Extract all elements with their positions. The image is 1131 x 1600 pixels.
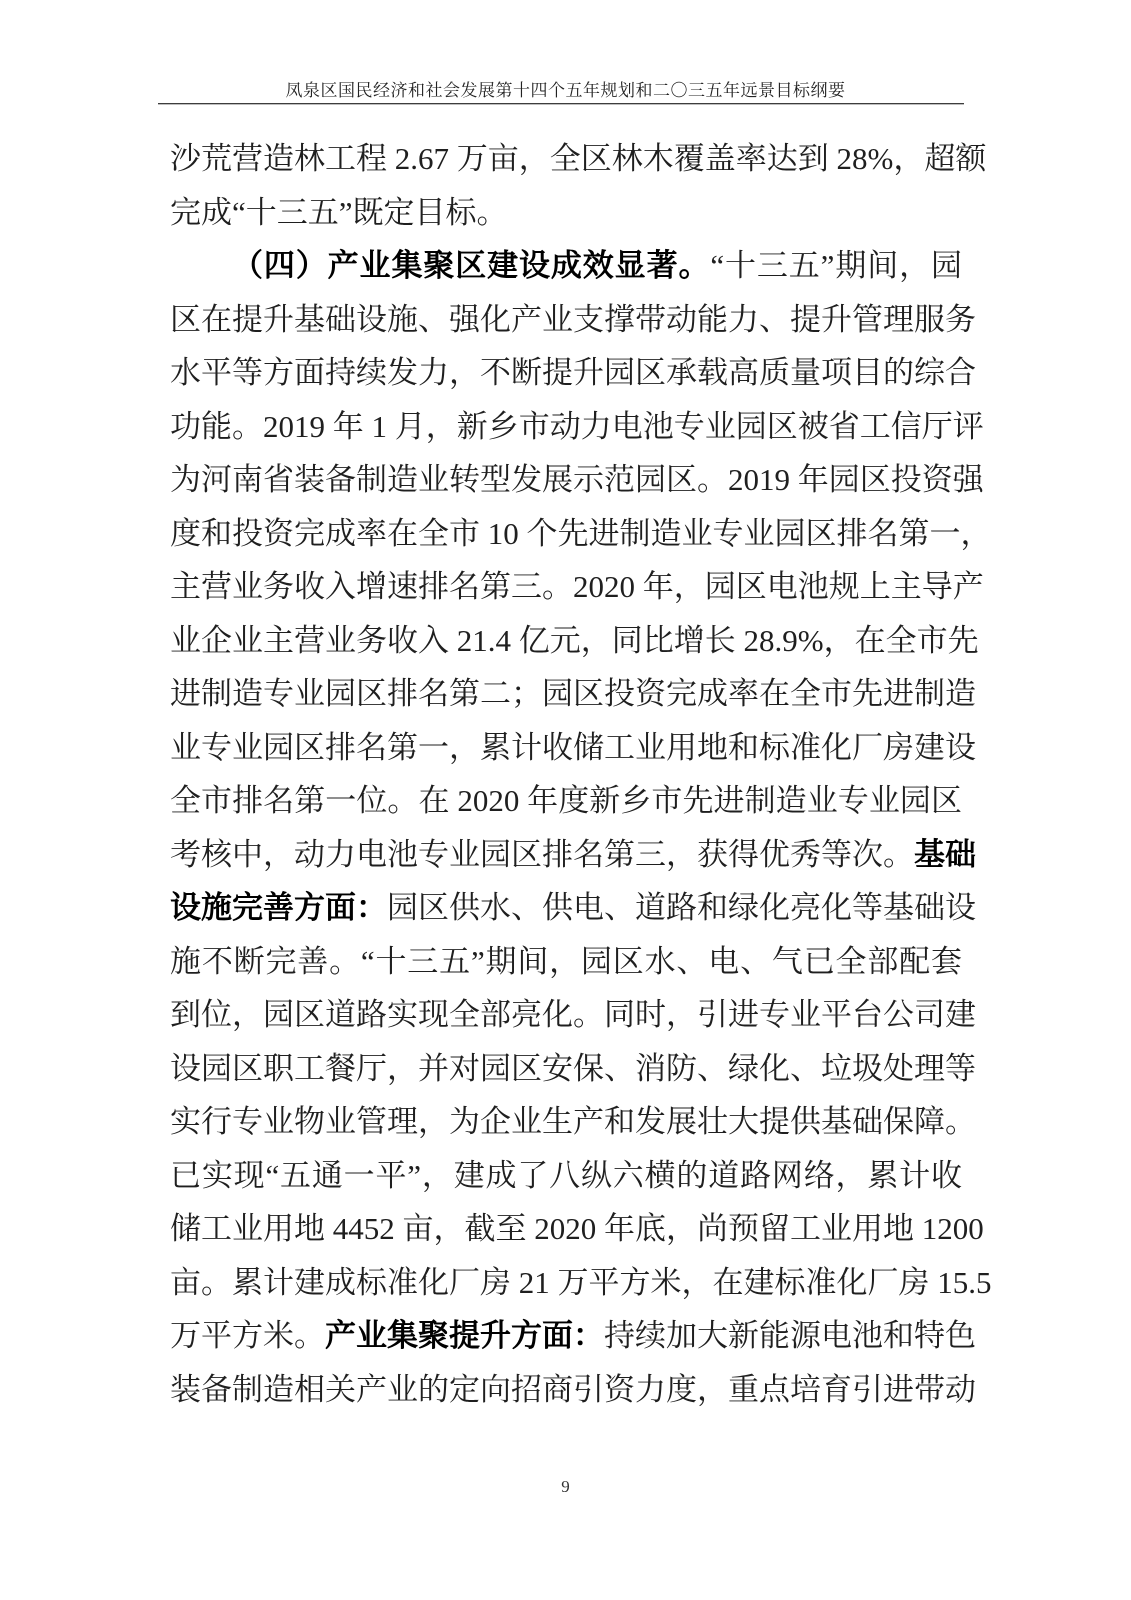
text-segment: 完成“十三五”既定目标。	[170, 195, 508, 230]
text-line: 沙荒营造林工程 2.67 万亩，全区林木覆盖率达到 28%，超额	[170, 132, 962, 186]
text-line: （四）产业集聚区建设成效显著。“十三五”期间，园	[170, 239, 962, 293]
text-segment: 全市排名第一位。在 2020 年度新乡市先进制造业专业园区	[170, 783, 962, 818]
text-segment: 园区供水、供电、道路和绿化亮化等基础设	[387, 890, 976, 925]
text-line: 业企业主营业务收入 21.4 亿元，同比增长 28.9%，在全市先	[170, 614, 962, 668]
text-line: 考核中，动力电池专业园区排名第三，获得优秀等次。基础	[170, 828, 962, 882]
document-page: 凤泉区国民经济和社会发展第十四个五年规划和二〇三五年远景目标纲要 沙荒营造林工程…	[0, 0, 1131, 1600]
text-segment: 进制造专业园区排名第二；园区投资完成率在全市先进制造	[170, 676, 976, 711]
bold-text-segment: 设施完善方面：	[170, 890, 387, 925]
text-segment: 实行专业物业管理，为企业生产和发展壮大提供基础保障。	[170, 1104, 976, 1139]
text-line: 设施完善方面：园区供水、供电、道路和绿化亮化等基础设	[170, 881, 962, 935]
text-line: 进制造专业园区排名第二；园区投资完成率在全市先进制造	[170, 667, 962, 721]
text-segment: 主营业务收入增速排名第三。2020 年，园区电池规上主导产	[170, 569, 984, 604]
text-line: 水平等方面持续发力，不断提升园区承载高质量项目的综合	[170, 346, 962, 400]
text-line: 到位，园区道路实现全部亮化。同时，引进专业平台公司建	[170, 988, 962, 1042]
bold-text-segment: 基础	[914, 837, 976, 872]
text-segment: 施不断完善。“十三五”期间，园区水、电、气已全部配套	[170, 944, 962, 979]
text-segment: 沙荒营造林工程 2.67 万亩，全区林木覆盖率达到 28%，超额	[170, 141, 986, 176]
text-segment: 业专业园区排名第一，累计收储工业用地和标准化厂房建设	[170, 730, 976, 765]
document-body: 沙荒营造林工程 2.67 万亩，全区林木覆盖率达到 28%，超额完成“十三五”既…	[170, 132, 962, 1416]
text-segment: 区在提升基础设施、强化产业支撑带动能力、提升管理服务	[170, 302, 976, 337]
text-segment: 水平等方面持续发力，不断提升园区承载高质量项目的综合	[170, 355, 976, 390]
text-segment: 已实现“五通一平”，建成了八纵六横的道路网络，累计收	[170, 1158, 962, 1193]
bold-text-segment: 产业集聚提升方面：	[325, 1318, 604, 1353]
text-line: 已实现“五通一平”，建成了八纵六横的道路网络，累计收	[170, 1149, 962, 1203]
text-segment: 功能。2019 年 1 月，新乡市动力电池专业园区被省工信厅评	[170, 409, 984, 444]
text-line: 设园区职工餐厅，并对园区安保、消防、绿化、垃圾处理等	[170, 1042, 962, 1096]
text-line: 业专业园区排名第一，累计收储工业用地和标准化厂房建设	[170, 721, 962, 775]
text-segment: 考核中，动力电池专业园区排名第三，获得优秀等次。	[170, 837, 914, 872]
text-segment: 万平方米。	[170, 1318, 325, 1353]
text-segment: “十三五”期间，园	[710, 248, 962, 283]
page-number: 9	[0, 1477, 1131, 1497]
page-header-title: 凤泉区国民经济和社会发展第十四个五年规划和二〇三五年远景目标纲要	[0, 76, 1131, 101]
text-line: 功能。2019 年 1 月，新乡市动力电池专业园区被省工信厅评	[170, 400, 962, 454]
text-line: 实行专业物业管理，为企业生产和发展壮大提供基础保障。	[170, 1095, 962, 1149]
text-segment: 业企业主营业务收入 21.4 亿元，同比增长 28.9%，在全市先	[170, 623, 979, 658]
bold-text-segment: （四）产业集聚区建设成效显著。	[232, 248, 710, 283]
header-rule	[158, 103, 964, 105]
text-line: 施不断完善。“十三五”期间，园区水、电、气已全部配套	[170, 935, 962, 989]
text-line: 为河南省装备制造业转型发展示范园区。2019 年园区投资强	[170, 453, 962, 507]
text-segment: 为河南省装备制造业转型发展示范园区。2019 年园区投资强	[170, 462, 984, 497]
text-segment: 设园区职工餐厅，并对园区安保、消防、绿化、垃圾处理等	[170, 1051, 976, 1086]
text-segment: 亩。累计建成标准化厂房 21 万平方米，在建标准化厂房 15.5	[170, 1265, 992, 1300]
text-line: 度和投资完成率在全市 10 个先进制造业专业园区排名第一，	[170, 507, 962, 561]
text-line: 亩。累计建成标准化厂房 21 万平方米，在建标准化厂房 15.5	[170, 1256, 962, 1310]
text-line: 储工业用地 4452 亩，截至 2020 年底，尚预留工业用地 1200	[170, 1202, 962, 1256]
text-line: 区在提升基础设施、强化产业支撑带动能力、提升管理服务	[170, 293, 962, 347]
text-line: 完成“十三五”既定目标。	[170, 186, 962, 240]
text-segment: 储工业用地 4452 亩，截至 2020 年底，尚预留工业用地 1200	[170, 1211, 984, 1246]
text-segment: 到位，园区道路实现全部亮化。同时，引进专业平台公司建	[170, 997, 976, 1032]
text-line: 全市排名第一位。在 2020 年度新乡市先进制造业专业园区	[170, 774, 962, 828]
text-line: 万平方米。产业集聚提升方面：持续加大新能源电池和特色	[170, 1309, 962, 1363]
text-segment: 度和投资完成率在全市 10 个先进制造业专业园区排名第一，	[170, 516, 992, 551]
text-segment: 持续加大新能源电池和特色	[604, 1318, 976, 1353]
text-segment: 装备制造相关产业的定向招商引资力度，重点培育引进带动	[170, 1372, 976, 1407]
text-line: 主营业务收入增速排名第三。2020 年，园区电池规上主导产	[170, 560, 962, 614]
text-line: 装备制造相关产业的定向招商引资力度，重点培育引进带动	[170, 1363, 962, 1417]
